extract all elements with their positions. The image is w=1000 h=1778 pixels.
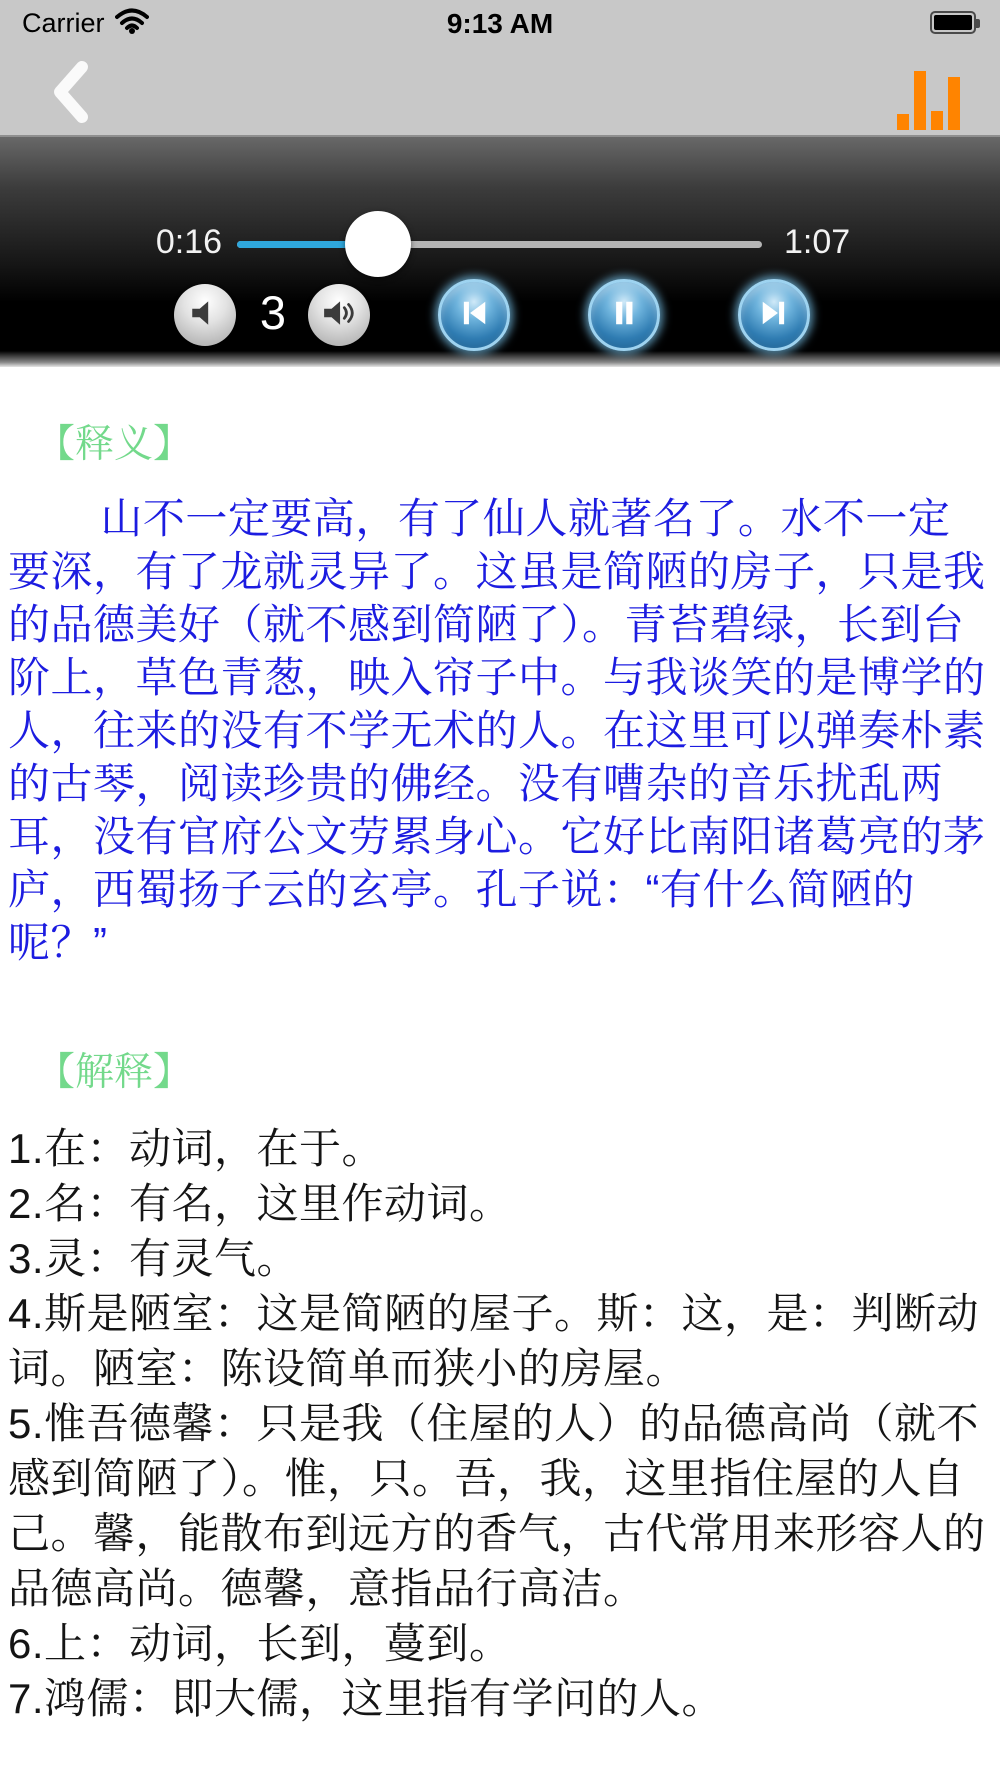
explain-item-2: 2.名：有名，这里作动词。 [8, 1176, 992, 1231]
app-screen: Carrier 9:13 AM [0, 0, 1000, 1778]
back-button[interactable] [48, 60, 98, 124]
progress-track[interactable] [237, 241, 762, 248]
explain-item-1: 1.在：动词，在于。 [8, 1121, 992, 1176]
status-bar: Carrier 9:13 AM [0, 0, 1000, 45]
progress-fill [237, 241, 347, 248]
explain-list: 1.在：动词，在于。 2.名：有名，这里作动词。 3.灵：有灵气。 4.斯是陋室… [8, 1121, 992, 1726]
elapsed-time: 0:16 [140, 223, 222, 262]
section-heading-shiyi: 【释义】 [36, 413, 992, 469]
speaker-waves-icon [322, 296, 356, 335]
speaker-icon [188, 296, 222, 335]
content-area: 【释义】 山不一定要高，有了仙人就著名了。水不一定要深，有了龙就灵异了。这虽是简… [0, 367, 1000, 1726]
section-heading-jieshi: 【解释】 [36, 1041, 992, 1097]
stats-button[interactable] [897, 71, 960, 130]
shiyi-paragraph: 山不一定要高，有了仙人就著名了。水不一定要深，有了龙就灵异了。这虽是简陋的房子，… [8, 492, 992, 969]
explain-item-6: 6.上：动词，长到，蔓到。 [8, 1616, 992, 1671]
explain-item-3: 3.灵：有灵气。 [8, 1231, 992, 1286]
audio-player: 0:16 1:07 3 [0, 137, 1000, 367]
progress-thumb[interactable] [345, 211, 411, 277]
skip-back-icon [456, 295, 492, 336]
pause-icon [606, 295, 642, 336]
volume-up-button[interactable] [308, 284, 370, 346]
explain-item-4: 4.斯是陋室：这是简陋的屋子。斯：这，是：判断动词。陋室：陈设简单而狭小的房屋。 [8, 1286, 992, 1396]
battery-icon [930, 11, 976, 34]
pause-button[interactable] [588, 279, 660, 351]
explain-item-5: 5.惟吾德馨：只是我（住屋的人）的品德高尚（就不感到简陋了）。惟，只。吾，我，这… [8, 1396, 992, 1616]
header: Carrier 9:13 AM [0, 0, 1000, 137]
skip-forward-icon [756, 295, 792, 336]
clock-label: 9:13 AM [0, 8, 1000, 40]
volume-down-button[interactable] [174, 284, 236, 346]
bar-chart-icon [897, 71, 960, 130]
back-chevron-icon [48, 111, 92, 128]
duration-time: 1:07 [784, 223, 874, 262]
next-track-button[interactable] [738, 279, 810, 351]
previous-track-button[interactable] [438, 279, 510, 351]
volume-level-label: 3 [240, 285, 306, 340]
explain-item-7: 7.鸿儒：即大儒，这里指有学问的人。 [8, 1671, 992, 1726]
